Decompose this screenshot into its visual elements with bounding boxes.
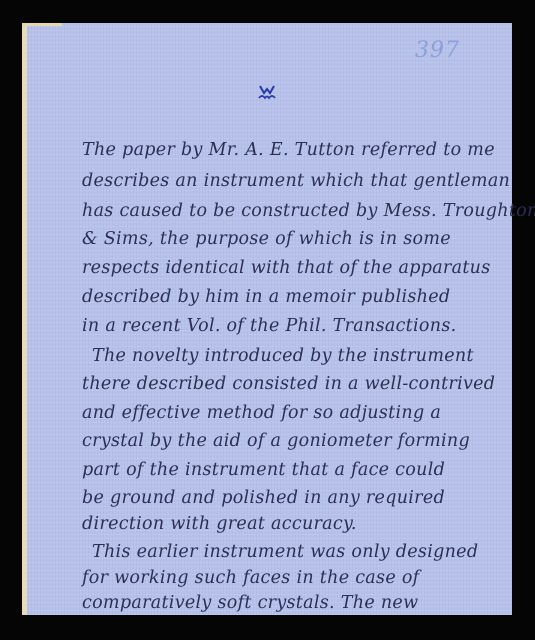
text-line: comparatively soft crystals. The new bbox=[82, 593, 418, 613]
text-line: described by him in a memoir published bbox=[82, 287, 450, 307]
text-line: crystal by the aid of a goniometer formi… bbox=[82, 431, 470, 451]
text-line: This earlier instrument was only designe… bbox=[92, 542, 478, 562]
text-line: describes an instrument which that gentl… bbox=[82, 171, 510, 191]
monogram-crest-icon bbox=[256, 84, 278, 102]
text-line: and effective method for so adjusting a bbox=[82, 403, 441, 423]
text-line: has caused to be constructed by Mess. Tr… bbox=[82, 201, 535, 221]
page-edge bbox=[22, 23, 62, 26]
text-line: & Sims, the purpose of which is in some bbox=[82, 229, 451, 249]
text-line: there described consisted in a well-cont… bbox=[82, 374, 495, 394]
text-line: part of the instrument that a face could bbox=[82, 460, 445, 480]
text-line: be ground and polished in any required bbox=[82, 488, 445, 508]
text-line: The paper by Mr. A. E. Tutton referred t… bbox=[82, 140, 495, 160]
text-line: The novelty introduced by the instrument bbox=[92, 346, 474, 366]
text-line: for working such faces in the case of bbox=[82, 568, 419, 588]
text-line: direction with great accuracy. bbox=[82, 514, 357, 534]
text-line: respects identical with that of the appa… bbox=[82, 258, 491, 278]
text-line: in a recent Vol. of the Phil. Transactio… bbox=[82, 316, 456, 336]
folio-number: 397 bbox=[415, 38, 460, 63]
